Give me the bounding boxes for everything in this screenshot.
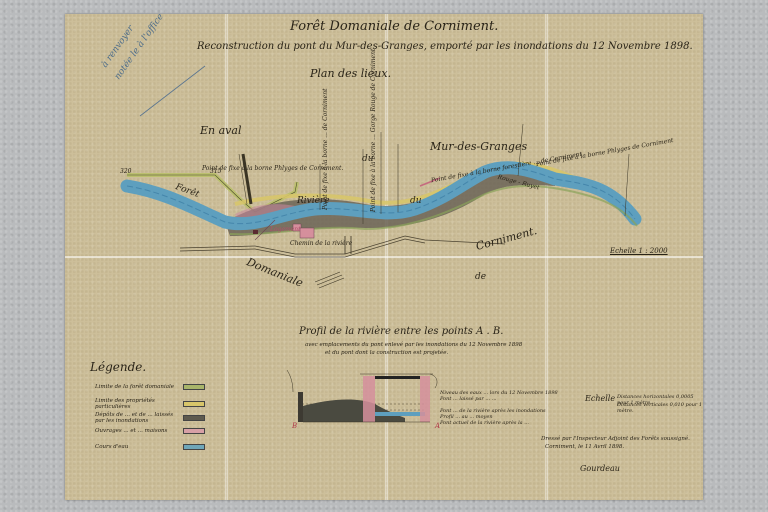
legend-item: Cours d'eau bbox=[95, 444, 205, 450]
profile-subtitle: et du pont dont la construction est proj… bbox=[325, 350, 448, 356]
signature-date: Corniment, le 11 Avril 1898. bbox=[545, 444, 624, 450]
profile-subtitle: avec emplacements du pont enlevé par les… bbox=[305, 342, 522, 348]
elevation-mark: 315 bbox=[210, 168, 221, 175]
scale-vertical: Distances verticales 0,010 pour 1 mètre. bbox=[617, 402, 703, 414]
label-logement: Logement bbox=[270, 226, 301, 233]
profile-title: Profil de la rivière entre les points A … bbox=[299, 326, 503, 337]
legend-title: Légende. bbox=[90, 360, 146, 374]
legend-item: Limite des propriétés particulières bbox=[95, 398, 205, 410]
legend-item: Dépôts de ... et de ... laissés par les … bbox=[95, 412, 205, 424]
legend-swatch bbox=[183, 415, 205, 421]
point-fixe-note: Point de fixe à la borne ... Gorge Rouge… bbox=[370, 49, 377, 212]
elevation-mark: 320 bbox=[120, 168, 131, 175]
label-de: de bbox=[475, 272, 486, 282]
signature-line: Dressé par l'Inspecteur Adjoint des Forê… bbox=[541, 436, 690, 442]
profile-section bbox=[287, 370, 437, 422]
profile-note: Pont actuel de la rivière après la ... bbox=[440, 420, 529, 426]
legend-swatch bbox=[183, 444, 205, 450]
profile-note: Pont ... laissé par ... ... bbox=[440, 396, 497, 402]
legend-swatch bbox=[183, 384, 205, 390]
signature-name: Gourdeau bbox=[580, 464, 620, 473]
label-en-aval: En aval bbox=[200, 124, 241, 137]
map-sheet: Forêt Domaniale de Corniment. Reconstruc… bbox=[65, 14, 703, 500]
scale-label: Echelle bbox=[585, 394, 615, 403]
label-mur-des-granges: Mur-des-Granges bbox=[430, 140, 527, 153]
legend-item: Limite de la forêt domaniale bbox=[95, 384, 205, 390]
profile-point-b: B bbox=[292, 422, 297, 430]
legend-swatch bbox=[183, 428, 205, 434]
point-fixe-note: Point de fixe à la borne ... de Cornimen… bbox=[322, 89, 329, 210]
label-du-2: du bbox=[410, 196, 422, 206]
legend-swatch bbox=[183, 401, 205, 407]
legend-item: Ouvrages ... et ... maisons bbox=[95, 428, 205, 434]
label-chemin: Chemin de la rivière bbox=[290, 240, 352, 247]
map-scale-label: Echelle 1 : 2000 bbox=[610, 247, 668, 255]
